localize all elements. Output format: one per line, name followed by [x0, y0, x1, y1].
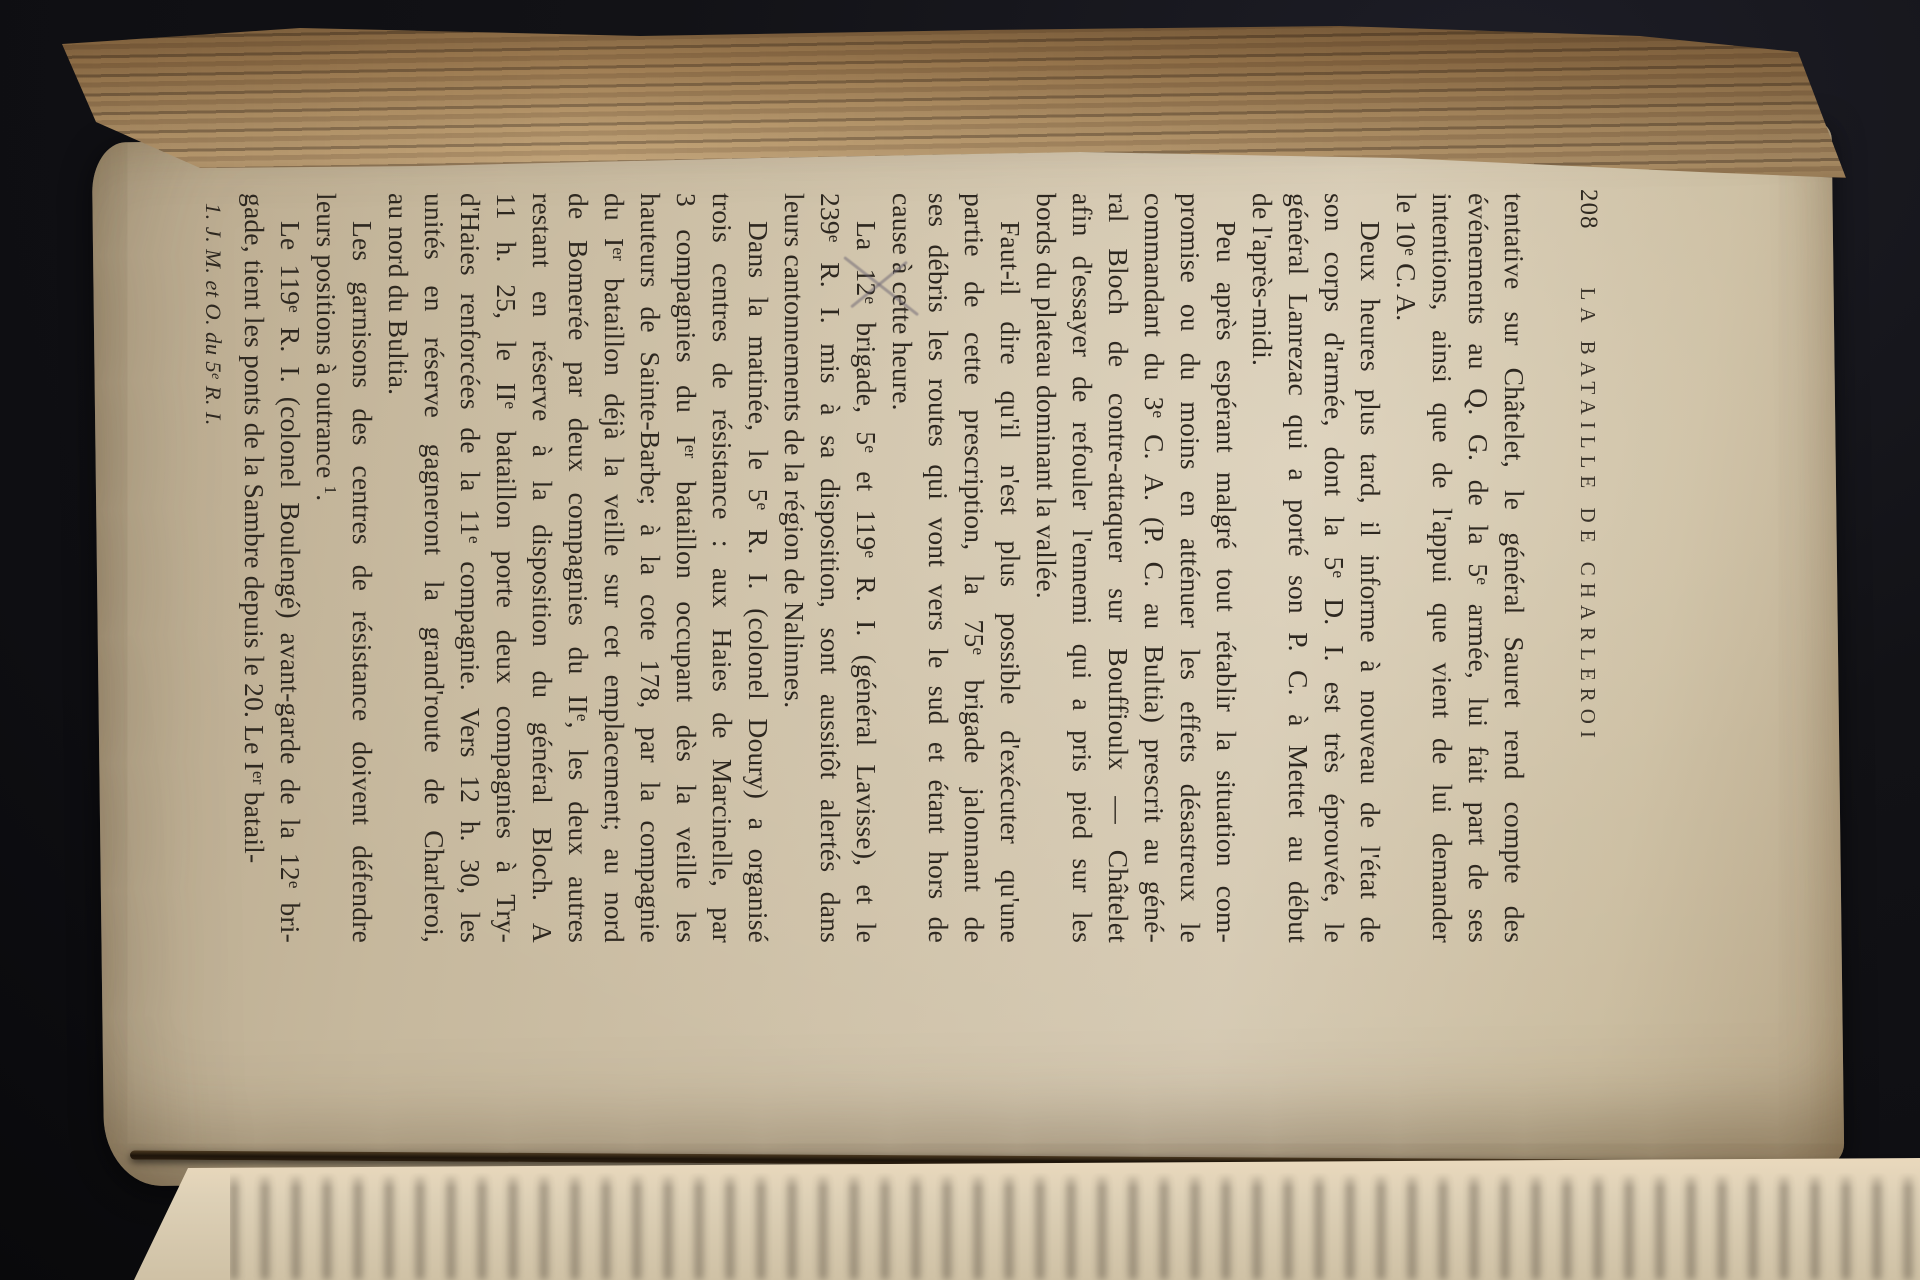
text-line: ral Bloch de contre-attaquer sur Bouffio…: [1100, 193, 1136, 943]
paragraph: La 12e brigade, 5e et 119e R. I. (généra…: [776, 193, 884, 943]
text-line: partie de cette prescription, la 75e bri…: [956, 193, 992, 943]
paragraph: Les garnisons des centres de résistance …: [308, 193, 380, 943]
text-line: son corps d'armée, dont la 5e D. I. est …: [1316, 193, 1352, 943]
text-line: afin d'essayer de refouler l'ennemi qui …: [1064, 193, 1100, 943]
text-line: d'Haies renforcées de la 11e compagnie. …: [452, 193, 488, 943]
paragraph: Deux heures plus tard, il informe à nouv…: [1244, 193, 1388, 943]
page-header-row: 208 LA BATAILLE DE CHARLEROI: [1538, 189, 1602, 943]
paragraphs: tentative sur Châtelet, le général Saure…: [236, 193, 1532, 943]
text-line: commandant du 3e C. A. (P. C. au Bultia)…: [1136, 193, 1172, 943]
text-line: Dans la matinée, le 5e R. I. (colonel Do…: [740, 193, 776, 943]
text-line: trois centres de résistance : aux Haies …: [704, 193, 740, 943]
paragraph: Peu après espérant malgré tout rétablir …: [1028, 193, 1244, 943]
text-line: Peu après espérant malgré tout rétablir …: [1208, 193, 1244, 943]
book-photo: 208 LA BATAILLE DE CHARLEROI tentative s…: [0, 0, 1920, 1280]
text-line: du Ier bataillon déjà la veille sur cet …: [596, 193, 632, 943]
text-line: Les garnisons des centres de résistance …: [344, 193, 380, 943]
blurred-facing-page: [110, 1158, 1920, 1280]
text-line: événements au Q. G. de la 5e armée, lui …: [1460, 193, 1496, 943]
paragraph: Dans la matinée, le 5e R. I. (colonel Do…: [380, 193, 776, 943]
text-line: bords du plateau dominant la vallée.: [1028, 193, 1064, 943]
text-line: gade, tient les ponts de la Sambre depui…: [236, 193, 272, 943]
footnote: 1. J. M. et O. du 5e R. I.: [200, 203, 226, 943]
text-line: tentative sur Châtelet, le général Saure…: [1496, 193, 1532, 943]
text-line: de l'après-midi.: [1244, 193, 1280, 943]
paragraph: tentative sur Châtelet, le général Saure…: [1388, 193, 1532, 943]
text-line: Faut-il dire qu'il n'est plus possible d…: [992, 193, 1028, 943]
text-line: Deux heures plus tard, il informe à nouv…: [1352, 193, 1388, 943]
text-line: le 10e C. A.: [1388, 193, 1424, 943]
text-line: hauteurs de Sainte-Barbe; à la cote 178,…: [632, 193, 668, 943]
text-line: promise ou du moins en atténuer les effe…: [1172, 193, 1208, 943]
text-line: leurs positions à outrance 1.: [308, 193, 344, 943]
text-line: 239e R. I. mis à sa disposition, sont au…: [812, 193, 848, 943]
text-line: cause à cette heure.: [884, 193, 920, 943]
paragraph: Le 119e R. I. (colonel Boulengé) avant-g…: [236, 193, 308, 943]
text-line: restant en réserve à la disposition du g…: [524, 193, 560, 943]
text-line: général Lanrezac qui a porté son P. C. à…: [1280, 193, 1316, 943]
text-line: 11 h. 25, le IIe bataillon porte deux co…: [488, 193, 524, 943]
blurred-text-lines: [230, 1172, 1920, 1280]
text-line: de Bomerée par deux compagnies du IIe, l…: [560, 193, 596, 943]
text-line: au nord du Bultia.: [380, 193, 416, 943]
running-header: LA BATAILLE DE CHARLEROI: [1575, 288, 1600, 745]
text-line: Le 119e R. I. (colonel Boulengé) avant-g…: [272, 193, 308, 943]
text-line: unités en réserve gagneront la grand'rou…: [416, 193, 452, 943]
text-line: intentions, ainsi que de l'appui que vie…: [1424, 193, 1460, 943]
page-number: 208: [1574, 189, 1602, 230]
text-line: leurs cantonnements de la région de Nali…: [776, 193, 812, 943]
text-line: 3 compagnies du Ier bataillon occupant d…: [668, 193, 704, 943]
page-content: 208 LA BATAILLE DE CHARLEROI tentative s…: [190, 193, 1602, 943]
text-line: ses débris les routes qui vont vers le s…: [920, 193, 956, 943]
